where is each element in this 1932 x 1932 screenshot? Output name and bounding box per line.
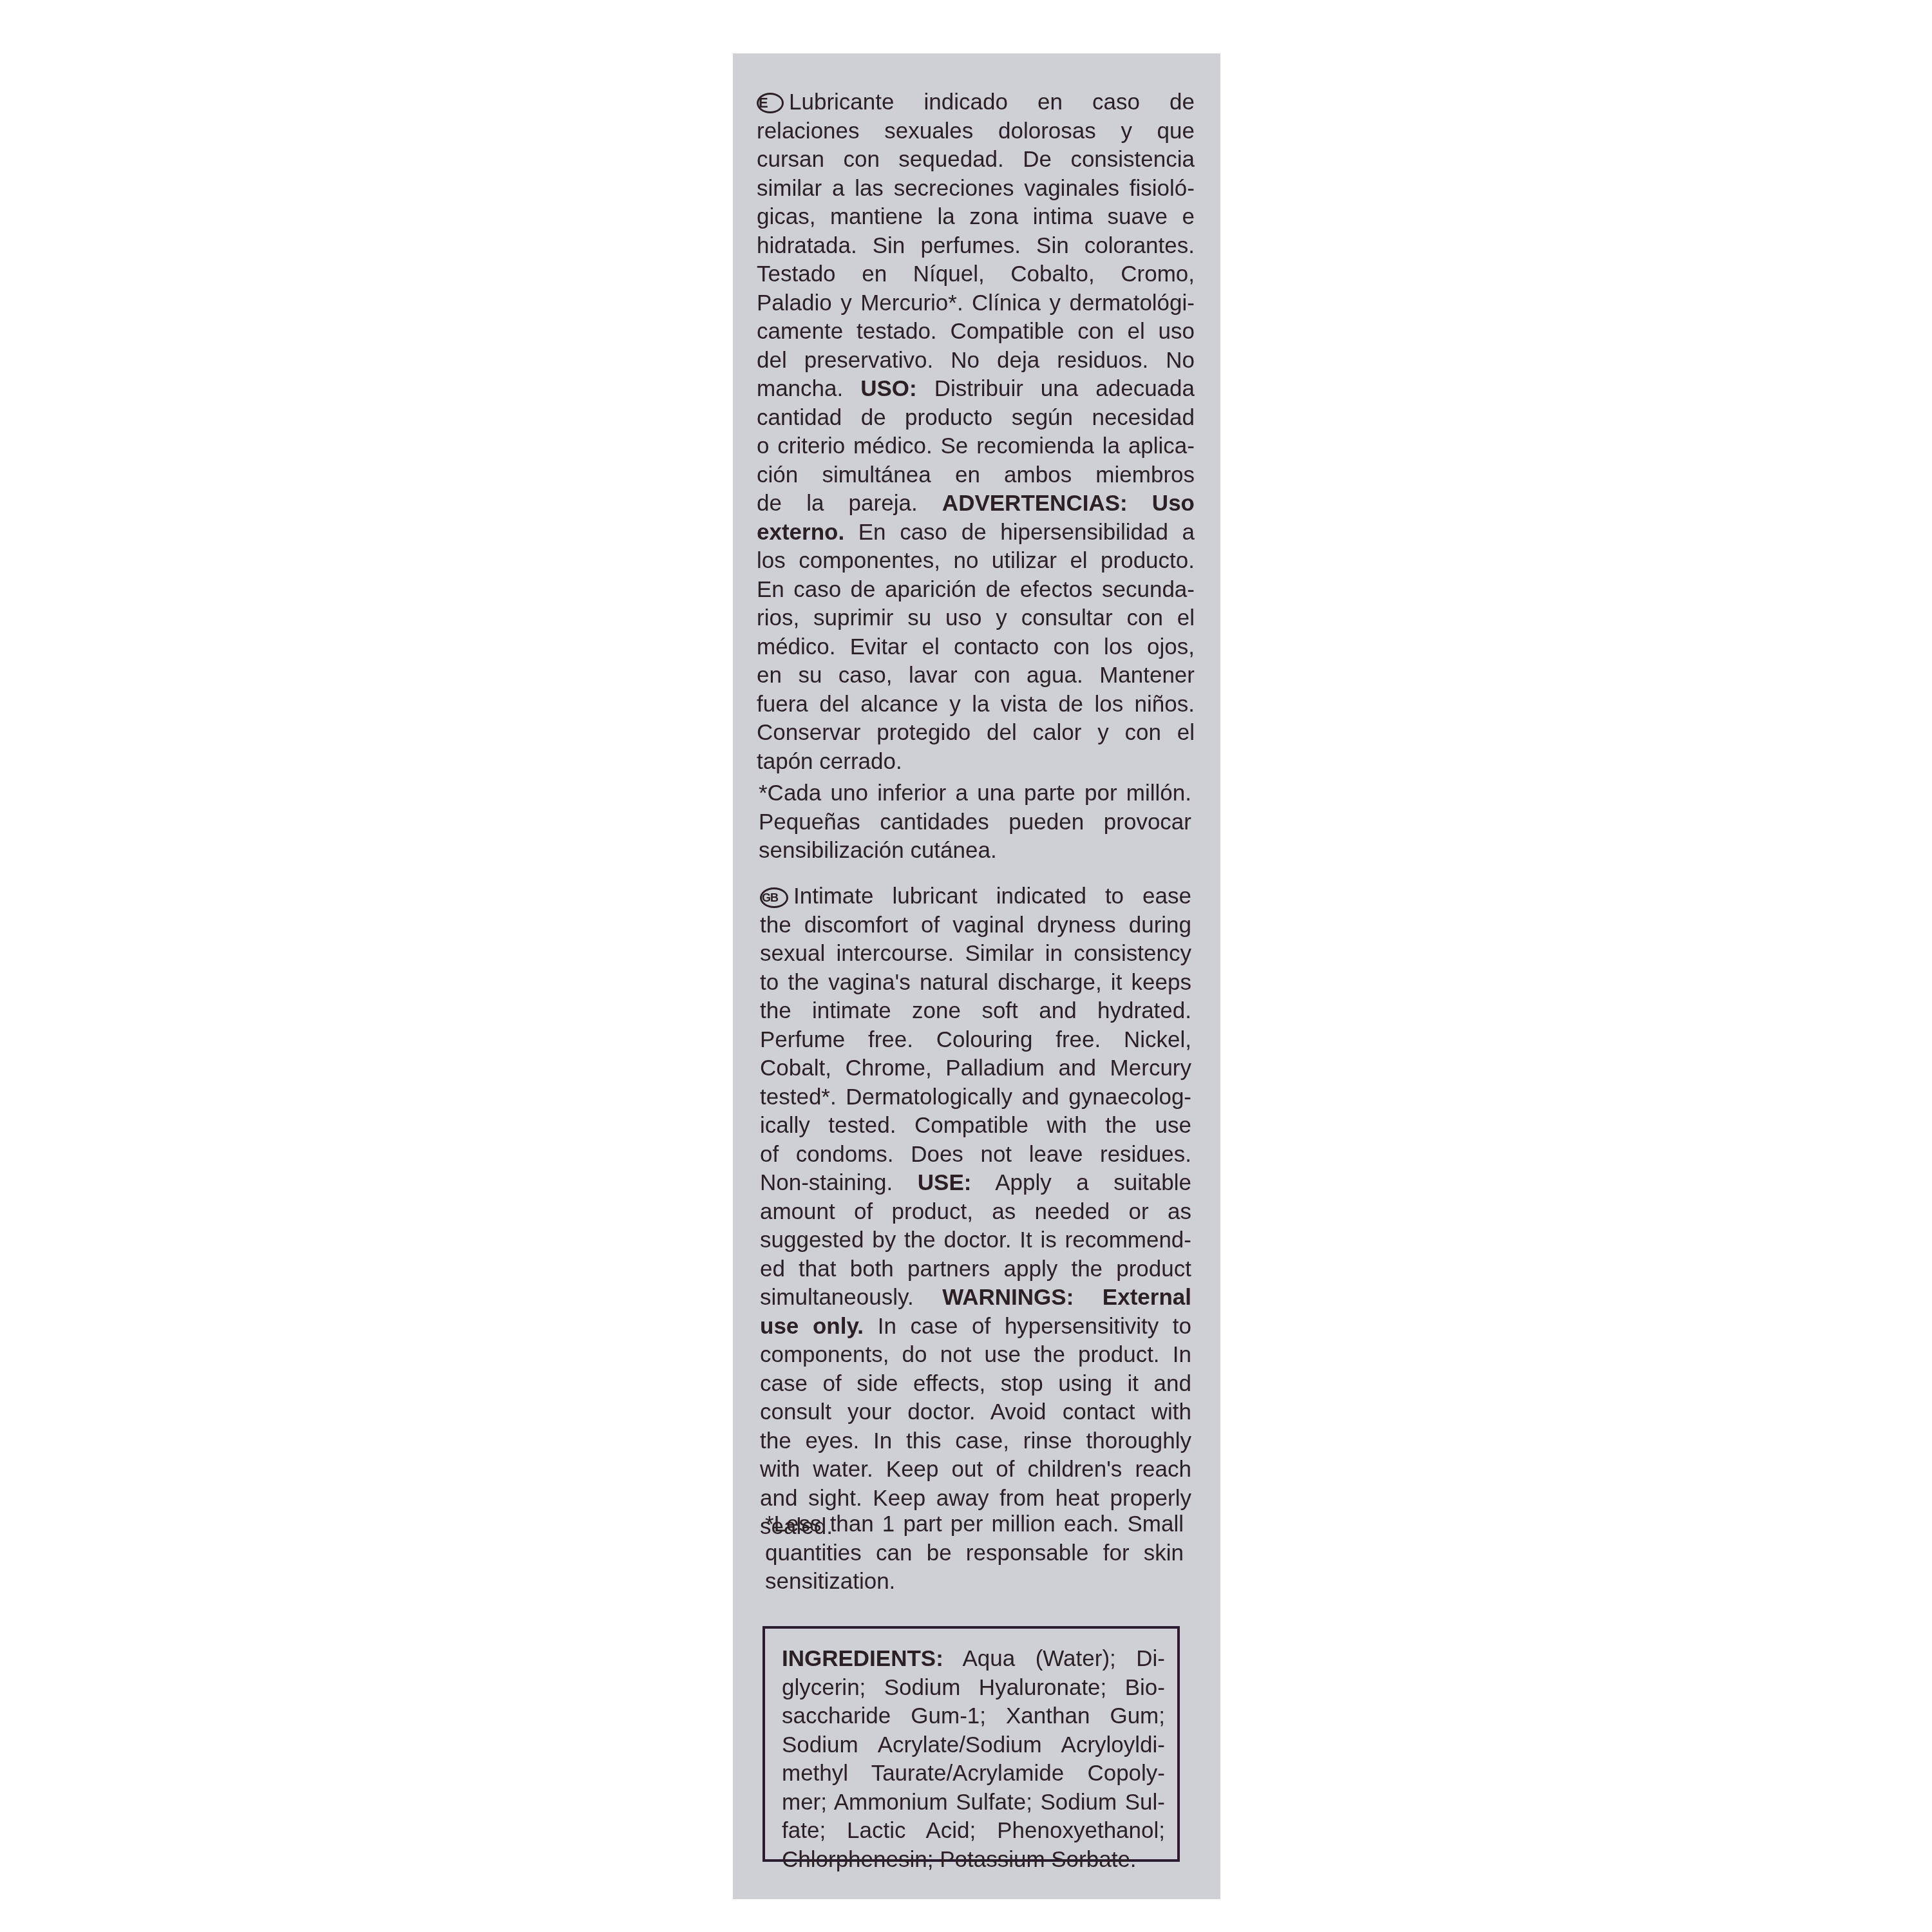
text-run: case of side effects, stop using it and [760,1371,1191,1396]
text-line: and sight. Keep away from heat properly [760,1484,1191,1513]
text-run: consult your doctor. Avoid contact with [760,1399,1191,1425]
text-line: Testado en Níquel, Cobalto, Cromo, [757,260,1195,289]
text-line: Chlorphenesin; Potassium Sorbate. [782,1846,1165,1875]
text-line: components, do not use the product. In [760,1341,1191,1370]
text-run: sexual intercourse. Similar in consisten… [760,941,1191,966]
ingredients-list: INGREDIENTS: Aqua (Water); Di-glycerin; … [782,1645,1165,1874]
bold-heading: use only. [760,1314,864,1339]
text-line: the intimate zone soft and hydrated. [760,997,1191,1026]
bold-heading: ADVERTENCIAS: Uso [942,491,1195,516]
text-line: En caso de aparición de efectos secunda- [757,576,1195,605]
text-run: components, do not use the product. In [760,1342,1191,1367]
text-line: cursan con sequedad. De consistencia [757,146,1195,175]
text-run: hidratada. Sin perfumes. Sin colorantes. [757,233,1195,258]
text-line: mer; Ammonium Sulfate; Sodium Sul- [782,1788,1165,1817]
text-line: tested*. Dermatologically and gynaecolog… [760,1083,1191,1112]
bold-heading: externo. [757,520,844,545]
text-run: tapón cerrado. [757,749,902,774]
text-run: rios, suprimir su uso y consultar con el [757,605,1195,630]
text-line: Non-staining. USE: Apply a suitable [760,1169,1191,1198]
bold-heading: INGREDIENTS: [782,1646,943,1671]
text-run: glycerin; Sodium Hyaluronate; Bio- [782,1675,1165,1700]
text-line: similar a las secreciones vaginales fisi… [757,175,1195,204]
text-line: camente testado. Compatible con el uso [757,317,1195,346]
footnote-line: Pequeñas cantidades pueden provocar [759,808,1191,837]
text-line: suggested by the doctor. It is recommend… [760,1226,1191,1255]
text-run: camente testado. Compatible con el uso [757,319,1195,344]
text-run: Non-staining. [760,1170,918,1195]
text-line: ed that both partners apply the product [760,1255,1191,1284]
text-run: similar a las secreciones vaginales fisi… [757,176,1195,201]
text-line: consult your doctor. Avoid contact with [760,1398,1191,1427]
text-run: tested*. Dermatologically and gynaecolog… [760,1084,1191,1110]
text-run: Cobalt, Chrome, Palladium and Mercury [760,1056,1191,1081]
text-run: mancha. [757,376,860,401]
text-run: En caso de aparición de efectos secunda- [757,577,1195,602]
text-line: fuera del alcance y la vista de los niño… [757,690,1195,719]
text-line: simultaneously. WARNINGS: External [760,1283,1191,1312]
text-run: médico. Evitar el contacto con los ojos, [757,634,1195,659]
text-run: saccharide Gum-1; Xanthan Gum; [782,1703,1165,1728]
text-line: en su caso, lavar con agua. Mantener [757,661,1195,690]
text-run: Lubricante indicado en caso de [789,90,1195,115]
text-run: amount of product, as needed or as [760,1199,1191,1224]
text-line: sexual intercourse. Similar in consisten… [760,940,1191,969]
footnote-line: *Less than 1 part per million each. Smal… [765,1510,1184,1539]
text-line: rios, suprimir su uso y consultar con el [757,604,1195,633]
footnote-line: quantities can be responsable for skin [765,1539,1184,1568]
text-line: INGREDIENTS: Aqua (Water); Di- [782,1645,1165,1674]
text-run: Aqua (Water); Di- [943,1646,1165,1671]
text-run: and sight. Keep away from heat properly [760,1486,1191,1511]
text-run: the discomfort of vaginal dryness during [760,913,1191,938]
text-run: ed that both partners apply the product [760,1256,1191,1282]
text-run: suggested by the doctor. It is recommend… [760,1227,1191,1253]
text-run: ically tested. Compatible with the use [760,1113,1191,1138]
text-line: fate; Lactic Acid; Phenoxyethanol; [782,1817,1165,1846]
text-run: ción simultánea en ambos miembros [757,462,1195,488]
text-line: the eyes. In this case, rinse thoroughly [760,1427,1191,1456]
text-run: Distribuir una adecuada [917,376,1195,401]
text-line: case of side effects, stop using it and [760,1370,1191,1399]
text-run: the intimate zone soft and hydrated. [760,998,1191,1023]
footnote-line: *Cada uno inferior a una parte por milló… [759,779,1191,808]
text-line: relaciones sexuales dolorosas y que [757,117,1195,146]
text-line: Conservar protegido del calor y con el [757,719,1195,748]
text-run: Testado en Níquel, Cobalto, Cromo, [757,261,1195,287]
bold-heading: WARNINGS: External [942,1285,1191,1310]
bold-heading: USO: [860,376,917,401]
text-line: of condoms. Does not leave residues. [760,1141,1191,1170]
spanish-description: ELubricante indicado en caso derelacione… [757,88,1195,776]
text-line: los componentes, no utilizar el producto… [757,547,1195,576]
text-run: Conservar protegido del calor y con el [757,720,1195,745]
text-run: In case of hypersensitivity to [864,1314,1191,1339]
text-run: o criterio médico. Se recomienda la apli… [757,433,1195,459]
text-run: mer; Ammonium Sulfate; Sodium Sul- [782,1790,1165,1815]
text-run: of condoms. Does not leave residues. [760,1142,1191,1167]
text-run: the eyes. In this case, rinse thoroughly [760,1428,1191,1454]
text-line: ically tested. Compatible with the use [760,1112,1191,1141]
text-run: del preservativo. No deja residuos. No [757,348,1195,373]
text-run: Chlorphenesin; Potassium Sorbate. [782,1847,1137,1872]
text-line: saccharide Gum-1; Xanthan Gum; [782,1702,1165,1731]
footnote-line: sensitization. [765,1567,1184,1596]
text-line: hidratada. Sin perfumes. Sin colorantes. [757,232,1195,261]
text-run: Sodium Acrylate/Sodium Acryloyldi- [782,1732,1165,1757]
text-run: to the vagina's natural discharge, it ke… [760,970,1191,995]
bold-heading: USE: [918,1170,972,1195]
spain-language-icon: E [757,93,784,113]
text-line: GBIntimate lubricant indicated to ease [760,882,1191,911]
text-line: to the vagina's natural discharge, it ke… [760,969,1191,998]
text-run: cursan con sequedad. De consistencia [757,147,1195,172]
text-run: los componentes, no utilizar el producto… [757,548,1195,573]
text-line: Sodium Acrylate/Sodium Acryloyldi- [782,1731,1165,1760]
text-line: tapón cerrado. [757,748,1195,777]
text-line: gicas, mantiene la zona intima suave e [757,203,1195,232]
text-run: Intimate lubricant indicated to ease [793,884,1191,909]
text-line: cantidad de producto según necesidad [757,404,1195,433]
text-run: Perfume free. Colouring free. Nickel, [760,1027,1191,1052]
text-line: Perfume free. Colouring free. Nickel, [760,1026,1191,1055]
text-run: simultaneously. [760,1285,942,1310]
text-line: the discomfort of vaginal dryness during [760,911,1191,940]
text-run: Apply a suitable [971,1170,1191,1195]
text-run: relaciones sexuales dolorosas y que [757,118,1195,144]
uk-language-icon: GB [760,887,788,908]
text-line: methyl Taurate/Acrylamide Copoly- [782,1759,1165,1788]
text-run: en su caso, lavar con agua. Mantener [757,663,1195,688]
english-footnote: *Less than 1 part per million each. Smal… [765,1510,1184,1596]
text-line: amount of product, as needed or as [760,1198,1191,1227]
text-line: Paladio y Mercurio*. Clínica y dermatoló… [757,289,1195,318]
text-run: Paladio y Mercurio*. Clínica y dermatoló… [757,290,1195,316]
text-run: with water. Keep out of children's reach [760,1457,1191,1482]
text-line: o criterio médico. Se recomienda la apli… [757,432,1195,461]
spanish-footnote: *Cada uno inferior a una parte por milló… [759,779,1191,866]
text-run: cantidad de producto según necesidad [757,405,1195,430]
text-line: with water. Keep out of children's reach [760,1455,1191,1484]
text-line: glycerin; Sodium Hyaluronate; Bio- [782,1674,1165,1703]
footnote-line: sensibilización cutánea. [759,837,1191,866]
text-line: médico. Evitar el contacto con los ojos, [757,633,1195,662]
text-line: ción simultánea en ambos miembros [757,461,1195,490]
text-run: fate; Lactic Acid; Phenoxyethanol; [782,1818,1165,1843]
text-line: del preservativo. No deja residuos. No [757,346,1195,375]
text-line: Cobalt, Chrome, Palladium and Mercury [760,1054,1191,1083]
text-line: externo. En caso de hipersensibilidad a [757,518,1195,547]
english-description: GBIntimate lubricant indicated to easeth… [760,882,1191,1542]
text-run: gicas, mantiene la zona intima suave e [757,204,1195,229]
text-line: de la pareja. ADVERTENCIAS: Uso [757,489,1195,518]
text-run: de la pareja. [757,491,942,516]
text-line: mancha. USO: Distribuir una adecuada [757,375,1195,404]
text-run: En caso de hipersensibilidad a [844,520,1195,545]
text-line: ELubricante indicado en caso de [757,88,1195,117]
text-run: fuera del alcance y la vista de los niño… [757,692,1195,717]
text-run: methyl Taurate/Acrylamide Copoly- [782,1761,1165,1786]
text-line: use only. In case of hypersensitivity to [760,1312,1191,1341]
